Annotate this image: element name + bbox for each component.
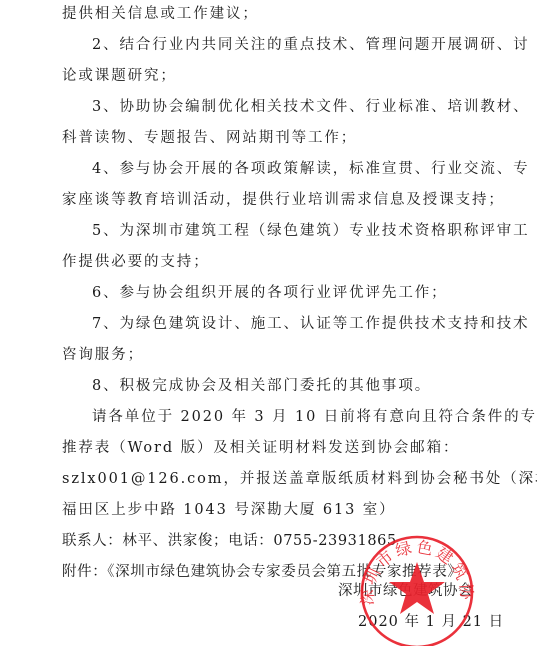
text-line: 咨询服务； [62,343,144,367]
signature-date: 2020 年 1 月 21 日 [358,610,504,634]
text-line: 作提供必要的支持； [62,250,210,274]
list-item-2: 2、结合行业内共同关注的重点技术、管理问题开展调研、讨 [92,33,530,57]
list-item-6: 6、参与协会组织开展的各项行业评优评先工作； [92,281,448,305]
text-line: 推荐表（Word 版）及相关证明材料发送到协会邮箱： [62,436,459,460]
list-item-7: 7、为绿色建筑设计、施工、认证等工作提供技术支持和技术 [92,312,530,336]
submission-paragraph: 请各单位于 2020 年 3 月 10 日前将有意向且符合条件的专家 [92,405,537,429]
contact-line: 联系人：林平、洪家俊；电话：0755-23931865 [62,529,397,553]
text-line: 家座谈等教育培训活动，提供行业培训需求信息及授课支持； [62,188,505,212]
signature-organization: 深圳市绿色建筑协会 [338,579,473,603]
list-item-4: 4、参与协会开展的各项政策解读，标准宣贯、行业交流、专 [92,157,530,181]
list-item-3: 3、协助协会编制优化相关技术文件、行业标准、培训教材、 [92,95,530,119]
email-line: szlx001@126.com，并报送盖章版纸质材料到协会秘书处（深圳市 [62,467,537,491]
text-line: 科普读物、专题报告、网站期刊等工作； [62,126,357,150]
text-line: 提供相关信息或工作建议； [62,2,259,26]
list-item-5: 5、为深圳市建筑工程（绿色建筑）专业技术资格职称评审工 [92,219,530,243]
list-item-8: 8、积极完成协会及相关部门委托的其他事项。 [92,374,431,398]
text-line: 论或课题研究； [62,64,177,88]
address-line: 福田区上步中路 1043 号深勘大厦 613 室） [62,498,396,522]
